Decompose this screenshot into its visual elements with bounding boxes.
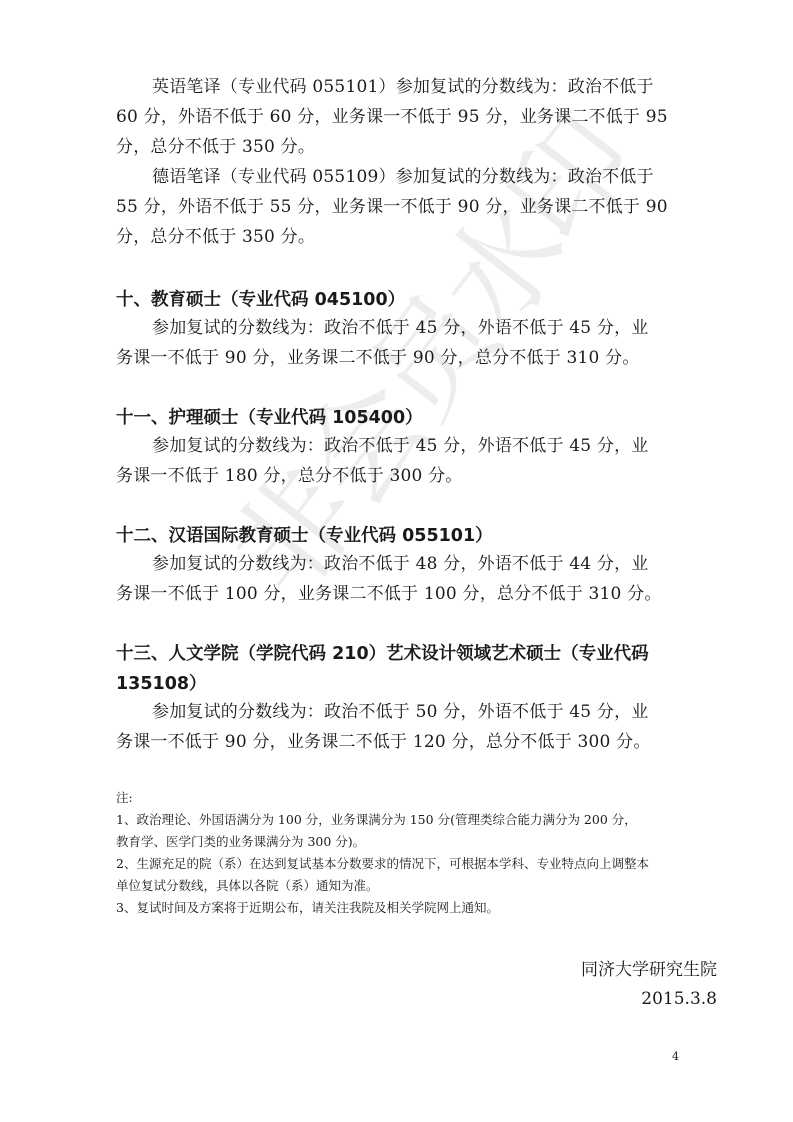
section-body-13: 参加复试的分数线为：政治不低于 50 分，外语不低于 45 分，业 务课一不低于…	[116, 697, 686, 757]
text-line: 参加复试的分数线为：政治不低于 50 分，外语不低于 45 分，业	[116, 697, 686, 727]
note-line: 教育学、医学门类的业务课满分为 300 分)。	[116, 831, 716, 853]
paragraph-english-translation: 英语笔译（专业代码 055101）参加复试的分数线为：政治不低于 60 分，外语…	[116, 72, 686, 162]
text-line: 分，总分不低于 350 分。	[116, 222, 686, 252]
text-line: 务课一不低于 90 分，业务课二不低于 120 分，总分不低于 300 分。	[116, 727, 686, 757]
signature-org: 同济大学研究生院	[581, 955, 717, 985]
text-line: 分，总分不低于 350 分。	[116, 132, 686, 162]
section-body-10: 参加复试的分数线为：政治不低于 45 分，外语不低于 45 分，业 务课一不低于…	[116, 313, 686, 373]
heading-line: 十三、人文学院（学院代码 210）艺术设计领域艺术硕士（专业代码	[116, 639, 696, 669]
note-line: 2、生源充足的院（系）在达到复试基本分数要求的情况下，可根据本学科、专业特点向上…	[116, 853, 716, 875]
text-line: 务课一不低于 90 分，业务课二不低于 90 分，总分不低于 310 分。	[116, 343, 686, 373]
text-line: 英语笔译（专业代码 055101）参加复试的分数线为：政治不低于	[116, 72, 686, 102]
text-line: 参加复试的分数线为：政治不低于 45 分，外语不低于 45 分，业	[116, 313, 686, 343]
document-page: 非会员水印 英语笔译（专业代码 055101）参加复试的分数线为：政治不低于 6…	[0, 0, 793, 1122]
text-line: 务课一不低于 100 分，业务课二不低于 100 分，总分不低于 310 分。	[116, 579, 686, 609]
section-body-12: 参加复试的分数线为：政治不低于 48 分，外语不低于 44 分，业 务课一不低于…	[116, 549, 686, 609]
page-number: 4	[672, 1050, 679, 1063]
section-body-11: 参加复试的分数线为：政治不低于 45 分，外语不低于 45 分，业 务课一不低于…	[116, 431, 686, 491]
section-heading-12: 十二、汉语国际教育硕士（专业代码 055101）	[116, 521, 696, 551]
section-heading-11: 十一、护理硕士（专业代码 105400）	[116, 403, 696, 433]
heading-line: 135108）	[116, 669, 696, 699]
text-line: 60 分，外语不低于 60 分，业务课一不低于 95 分，业务课二不低于 95	[116, 102, 686, 132]
section-heading-13: 十三、人文学院（学院代码 210）艺术设计领域艺术硕士（专业代码 135108）	[116, 639, 696, 699]
note-line: 1、政治理论、外国语满分为 100 分，业务课满分为 150 分(管理类综合能力…	[116, 809, 716, 831]
notes-title: 注:	[116, 787, 716, 809]
text-line: 参加复试的分数线为：政治不低于 45 分，外语不低于 45 分，业	[116, 431, 686, 461]
note-line: 3、复试时间及方案将于近期公布，请关注我院及相关学院网上通知。	[116, 897, 716, 919]
paragraph-german-translation: 德语笔译（专业代码 055109）参加复试的分数线为：政治不低于 55 分，外语…	[116, 162, 686, 252]
note-line: 单位复试分数线，具体以各院（系）通知为准。	[116, 875, 716, 897]
section-heading-10: 十、教育硕士（专业代码 045100）	[116, 285, 696, 315]
text-line: 务课一不低于 180 分，总分不低于 300 分。	[116, 461, 686, 491]
text-line: 参加复试的分数线为：政治不低于 48 分，外语不低于 44 分，业	[116, 549, 686, 579]
text-line: 55 分，外语不低于 55 分，业务课一不低于 90 分，业务课二不低于 90	[116, 192, 686, 222]
notes-block: 注: 1、政治理论、外国语满分为 100 分，业务课满分为 150 分(管理类综…	[116, 787, 716, 919]
signature-date: 2015.3.8	[641, 984, 717, 1014]
text-line: 德语笔译（专业代码 055109）参加复试的分数线为：政治不低于	[116, 162, 686, 192]
